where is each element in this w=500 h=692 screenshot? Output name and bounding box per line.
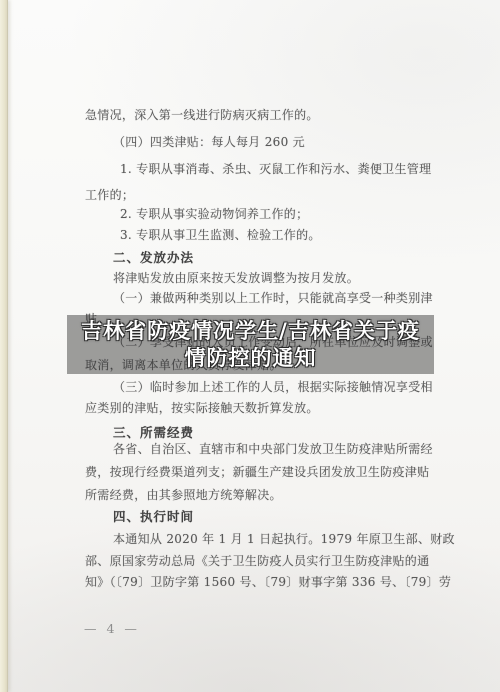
document-heading: 三、所需经费 xyxy=(113,423,194,441)
document-line: （一）兼做两种类别以上工作时，只能就高享受一种类别津 xyxy=(113,289,433,306)
document-line: （四）四类津贴：每人每月 260 元 xyxy=(113,133,305,150)
document-heading: 四、执行时间 xyxy=(113,507,194,525)
title-overlay: 吉林省防疫情况学生/吉林省关于疫 情防控的通知 xyxy=(67,315,434,374)
document-line: （三）临时参加上述工作的人员，根据实际接触情况享受相 xyxy=(113,378,433,395)
document-line: 各省、自治区、直辖市和中央部门发放卫生防疫津贴所需经 xyxy=(113,440,433,457)
document-line: 3. 专职从事卫生监测、检验工作的。 xyxy=(120,226,321,243)
document-line: 费，按现行经费渠道列支；新疆生产建设兵团发放卫生防疫津贴 xyxy=(85,463,429,480)
document-line: 部、原国家劳动总局《关于卫生防疫人员实行卫生防疫津贴的通 xyxy=(85,552,429,569)
document-line: 急情况，深入第一线进行防病灭病工作的。 xyxy=(85,106,319,123)
document-line: 1. 专职从事消毒、杀虫、灭鼠工作和污水、粪便卫生管理 xyxy=(120,160,431,177)
document-line: 知》（〔79〕卫防字第 1560 号、〔79〕财事字第 336 号、〔79〕劳 xyxy=(85,573,451,590)
document-line: 工作的； xyxy=(85,186,134,203)
scanned-page: 急情况，深入第一线进行防病灭病工作的。（四）四类津贴：每人每月 260 元1. … xyxy=(0,0,500,692)
overlay-title-line1: 吉林省防疫情况学生/吉林省关于疫 xyxy=(81,318,420,345)
document-line: 本通知从 2020 年 1 月 1 日起执行。1979 年原卫生部、财政 xyxy=(113,530,455,547)
overlay-title-line2: 情防控的通知 xyxy=(185,345,317,372)
document-line: 将津贴发放由原来按天发放调整为按月发放。 xyxy=(113,269,359,286)
document-line: 应类别的津贴，按实际接触天数折算发放。 xyxy=(85,399,319,416)
document-heading: 二、发放办法 xyxy=(113,248,194,266)
document-line: 2. 专职从事实验动物饲养工作的； xyxy=(120,205,308,222)
page-edge-strip xyxy=(0,0,8,692)
document-line: 所需经费，由其参照地方统筹解决。 xyxy=(85,486,282,503)
page-number: — 4 — xyxy=(84,621,140,636)
